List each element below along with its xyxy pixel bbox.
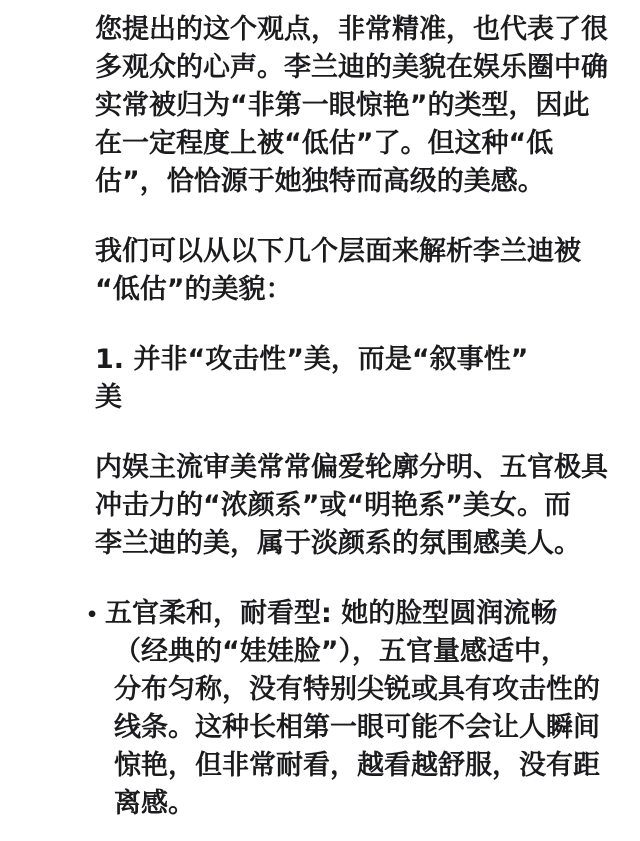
text-line: 您提出的这个观点，非常精准，也代表了很 (95, 11, 614, 49)
text-line: 内娱主流审美常常偏爱轮廓分明、五官极具 (95, 449, 614, 487)
bullet-item-features: • 五官柔和，耐看型: 她的脸型圆润流畅 （经典的“娃娃脸”），五官量感适中， … (86, 595, 614, 823)
text-line: 冲击力的“浓颜系”或“明艳系”美女。而 (95, 487, 614, 525)
text-line: 在一定程度上被“低估”了。但这种“低 (95, 125, 614, 163)
section-heading-1: 1. 并非“攻击性”美，而是“叙事性” 美 (95, 341, 614, 417)
heading-line: 1. 并非“攻击性”美，而是“叙事性” (95, 341, 614, 379)
text-line: （经典的“娃娃脸”），五官量感适中， (105, 633, 614, 671)
paragraph-leadin: 我们可以从以下几个层面来解析李兰迪被 “低估”的美貌： (95, 233, 614, 309)
bullet-text: 五官柔和，耐看型: 她的脸型圆润流畅 （经典的“娃娃脸”），五官量感适中， 分布… (105, 595, 614, 823)
text-line: 惊艳，但非常耐看，越看越舒服，没有距 (105, 747, 614, 785)
text-line: “低估”的美貌： (95, 271, 614, 309)
text-line: 李兰迪的美，属于淡颜系的氛围感美人。 (95, 525, 614, 563)
bullet-marker: • (86, 595, 105, 823)
text-line: 分布匀称，没有特别尖锐或具有攻击性的 (105, 671, 614, 709)
heading-line: 美 (95, 379, 614, 417)
paragraph-aesthetic: 内娱主流审美常常偏爱轮廓分明、五官极具 冲击力的“浓颜系”或“明艳系”美女。而 … (95, 449, 614, 563)
text-line: 多观众的心声。李兰迪的美貌在娱乐圈中确 (95, 49, 614, 87)
text-line: 我们可以从以下几个层面来解析李兰迪被 (95, 233, 614, 271)
text-line: 实常被归为“非第一眼惊艳”的类型，因此 (95, 87, 614, 125)
text-line: 离感。 (105, 785, 614, 823)
text-line: 估”，恰恰源于她独特而高级的美感。 (95, 163, 614, 201)
text-line: 五官柔和，耐看型: 她的脸型圆润流畅 (105, 595, 614, 633)
document-page: 您提出的这个观点，非常精准，也代表了很 多观众的心声。李兰迪的美貌在娱乐圈中确 … (0, 0, 640, 841)
paragraph-intro: 您提出的这个观点，非常精准，也代表了很 多观众的心声。李兰迪的美貌在娱乐圈中确 … (95, 11, 614, 201)
text-line: 线条。这种长相第一眼可能不会让人瞬间 (105, 709, 614, 747)
